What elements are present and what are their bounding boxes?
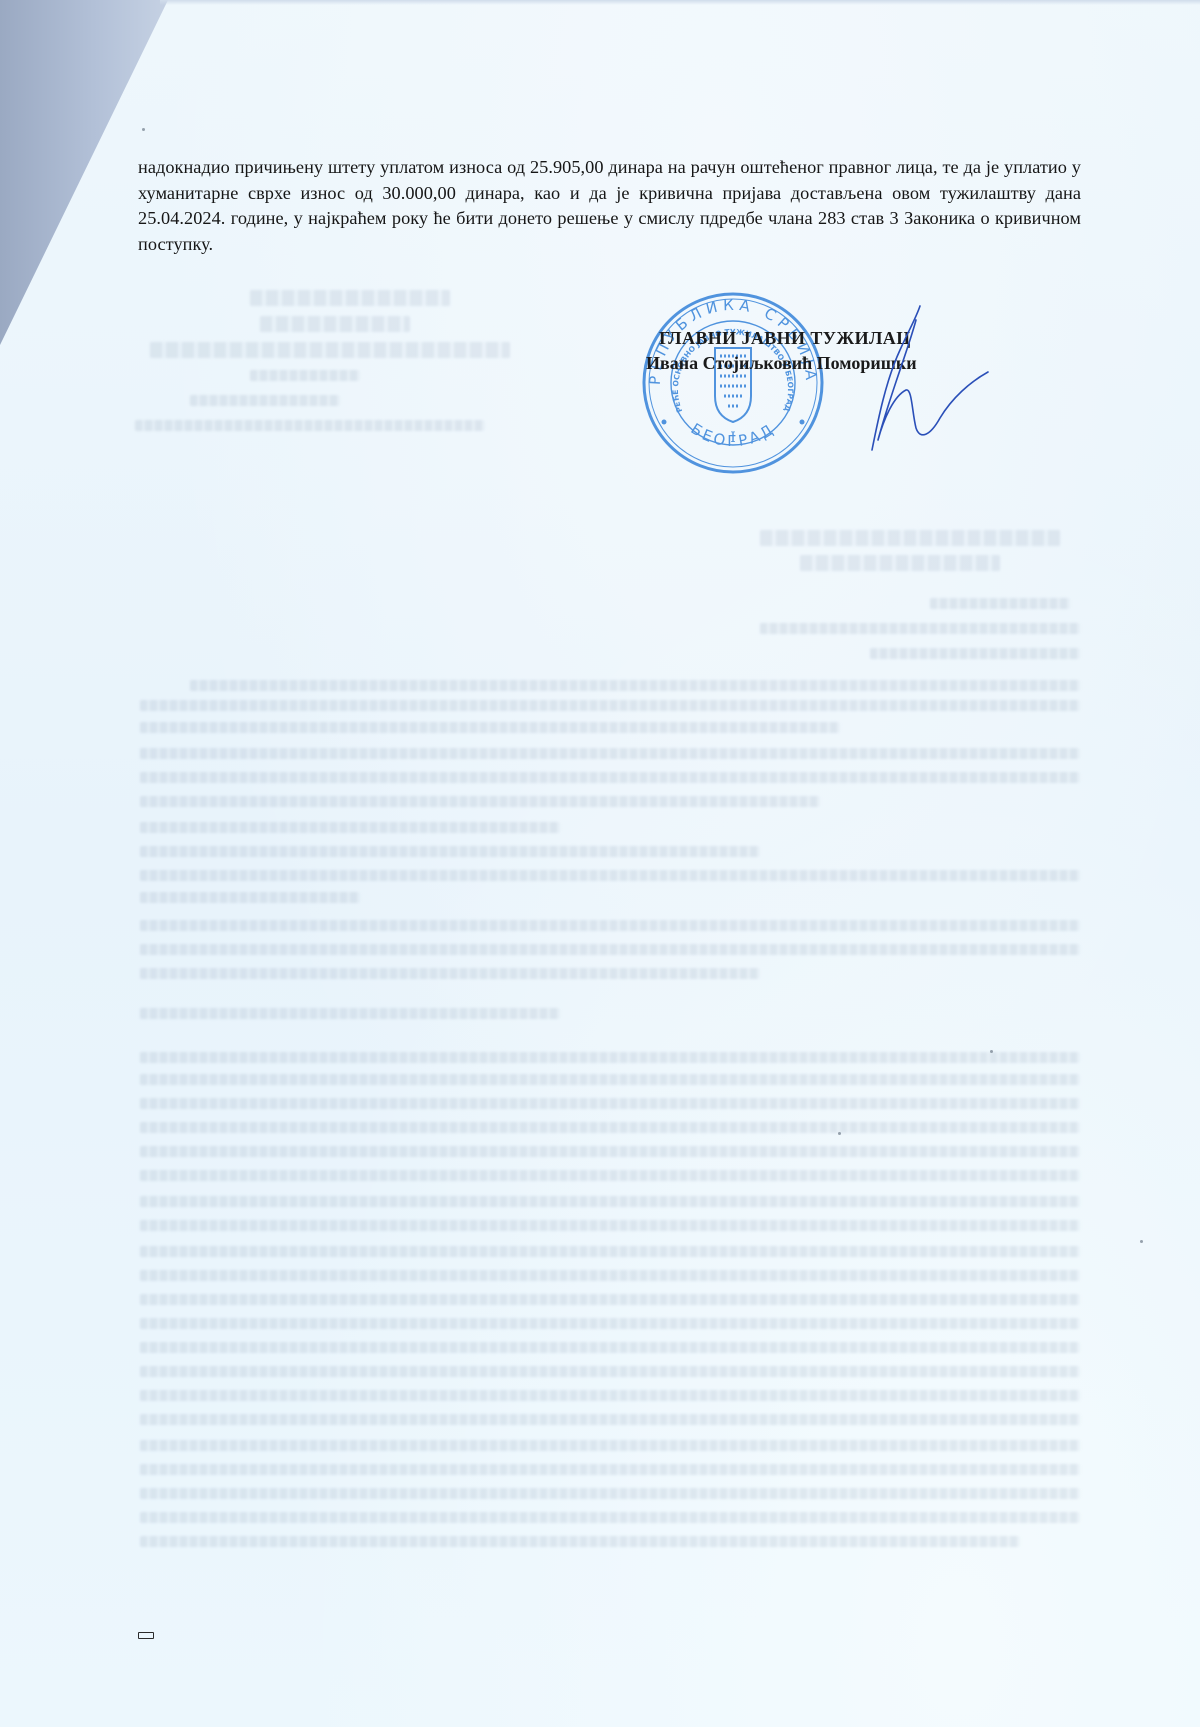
body-paragraph: надокнадио причињену штету уплатом износ…: [138, 155, 1081, 257]
scan-speck: [1140, 1240, 1143, 1243]
scan-speck: [142, 128, 145, 131]
svg-text:I: I: [730, 430, 736, 446]
scan-speck: [990, 1050, 993, 1053]
scan-speck: [838, 1132, 841, 1135]
official-stamp: РЕПУБЛИКА СРБИЈА БЕОГРАД ТРЕЋЕ ОСНОВНО Ј…: [640, 290, 826, 476]
scan-artifact-mark: [138, 1632, 154, 1639]
page-top-edge: [160, 0, 1200, 5]
scanned-page-background: [0, 0, 1200, 1727]
handwritten-signature: [820, 300, 990, 460]
